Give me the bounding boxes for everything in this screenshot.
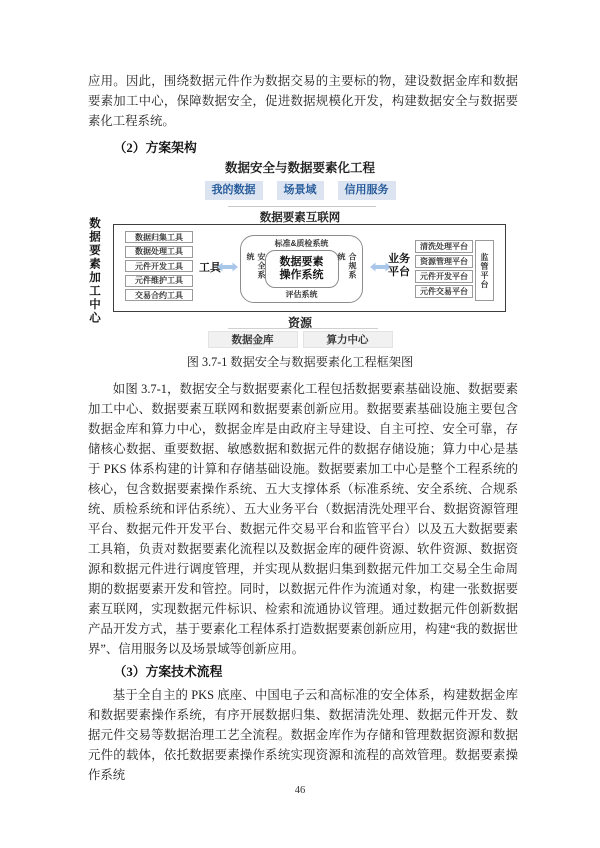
data-collection-tool-box: 数据归集工具 bbox=[125, 231, 193, 243]
figure-title: 数据安全与数据要素化工程 bbox=[0, 158, 600, 176]
computing-center-box: 算力中心 bbox=[303, 331, 393, 348]
resource-divider-line bbox=[228, 328, 378, 329]
cleaning-processing-platform-box: 清洗处理平台 bbox=[415, 240, 473, 253]
evaluation-system-label: 评估系统 bbox=[241, 289, 362, 300]
network-divider-line bbox=[228, 206, 376, 207]
supervision-platform-label: 监管平台 bbox=[479, 253, 490, 289]
app-credit-service: 信用服务 bbox=[338, 181, 396, 200]
double-arrow-left-icon bbox=[217, 262, 238, 272]
figure-caption: 图 3.7-1 数据安全与数据要素化工程框架图 bbox=[0, 353, 600, 370]
app-scene-domain: 场景域 bbox=[277, 181, 324, 200]
element-development-platform-box: 元件开发平台 bbox=[415, 270, 473, 283]
app-my-data: 我的数据 bbox=[205, 181, 263, 200]
tools-column: 数据归集工具 数据处理工具 元件开发工具 元件维护工具 交易合约工具 bbox=[125, 231, 193, 304]
compliance-system-label: 合规系统 bbox=[336, 253, 358, 286]
transaction-contract-tool-box: 交易合约工具 bbox=[125, 289, 193, 301]
paragraph-architecture-description: 如图 3.7-1，数据安全与数据要素化工程包括数据要素基础设施、数据要素加工中心… bbox=[88, 379, 518, 659]
paragraph-continuation: 应用。因此，围绕数据元件作为数据交易的主要标的物，建设数据金库和数据要素加工中心… bbox=[88, 71, 518, 131]
heading-technical-process: （3）方案技术流程 bbox=[88, 663, 518, 681]
supervision-platform-box: 监管平台 bbox=[475, 240, 494, 301]
data-element-os-box: 数据要素操作系统 bbox=[265, 250, 339, 288]
resource-management-platform-box: 资源管理平台 bbox=[415, 255, 473, 268]
resource-row: 数据金库 算力中心 bbox=[85, 331, 515, 348]
heading-scheme-architecture: （2）方案架构 bbox=[88, 139, 518, 157]
platforms-column: 清洗处理平台 资源管理平台 元件开发平台 元件交易平台 bbox=[415, 240, 473, 300]
standard-quality-system-label: 标准&质检系统 bbox=[241, 238, 362, 249]
data-element-os-label: 数据要素操作系统 bbox=[278, 256, 326, 282]
core-system-box: 标准&质检系统 安全系统 数据要素操作系统 合规系统 评估系统 bbox=[240, 235, 363, 303]
data-processing-tool-box: 数据处理工具 bbox=[125, 246, 193, 258]
data-vault-box: 数据金库 bbox=[208, 331, 298, 348]
processing-center-box: 数据归集工具 数据处理工具 元件开发工具 元件维护工具 交易合约工具 工具 标准… bbox=[113, 224, 506, 312]
app-button-row: 我的数据 场景域 信用服务 bbox=[85, 181, 515, 200]
document-page: 应用。因此，围绕数据元件作为数据交易的主要标的物，建设数据金库和数据要素加工中心… bbox=[0, 0, 600, 848]
business-platform-label: 业务平台 bbox=[386, 253, 412, 279]
paragraph-process-description: 基于全自主的 PKS 底座、中国电子云和高标准的安全体系，构建数据金库和数据要素… bbox=[88, 685, 518, 785]
element-development-tool-box: 元件开发工具 bbox=[125, 260, 193, 272]
element-trading-platform-box: 元件交易平台 bbox=[415, 285, 473, 298]
page-number: 46 bbox=[0, 785, 600, 796]
element-maintenance-tool-box: 元件维护工具 bbox=[125, 275, 193, 287]
